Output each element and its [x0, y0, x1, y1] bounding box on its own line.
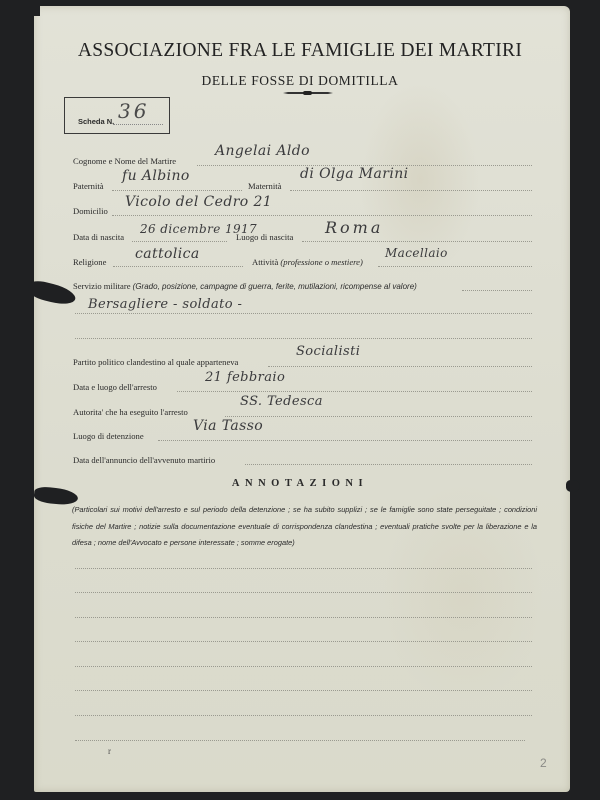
servizio-value: Bersagliere - soldato -	[88, 297, 242, 312]
maternita-rule	[290, 190, 532, 191]
autorita-rule	[225, 416, 532, 417]
arresto-value: 21 febbraio	[205, 370, 285, 385]
scheda-box	[64, 97, 170, 134]
domicilio-rule	[112, 215, 532, 216]
attivita-value: Macellaio	[385, 246, 448, 260]
paternita-value: fu Albino	[122, 168, 190, 184]
annuncio-label: Data dell'annuncio dell'avvenuto martiri…	[73, 455, 215, 465]
paternita-rule	[112, 190, 242, 191]
arresto-label: Data e luogo dell'arresto	[73, 382, 157, 392]
attivita-label-note: (professione o mestiere)	[280, 257, 362, 267]
annotazioni-rule-8	[75, 740, 525, 741]
nascita-luogo-rule	[302, 241, 532, 242]
annotazioni-rule-2	[75, 592, 532, 593]
arresto-rule	[177, 391, 532, 392]
page-number: 2	[540, 756, 547, 770]
attivita-rule	[378, 266, 532, 267]
maternita-label: Maternità	[248, 181, 281, 191]
servizio-rule-2	[75, 313, 532, 314]
torn-corner	[34, 6, 40, 16]
scheda-label: Scheda N.	[78, 117, 114, 126]
autorita-value: SS. Tedesca	[240, 394, 323, 409]
document-title: ASSOCIAZIONE FRA LE FAMIGLIE DEI MARTIRI	[0, 40, 600, 62]
scheda-rule	[113, 124, 163, 125]
servizio-rule-3	[75, 338, 532, 339]
maternita-value: di Olga Marini	[300, 166, 409, 182]
annotazioni-rule-1	[75, 568, 532, 569]
domicilio-value: Vicolo del Cedro 21	[125, 194, 272, 210]
partito-label: Partito politico clandestino al quale ap…	[73, 357, 238, 367]
annotazioni-rule-4	[75, 641, 532, 642]
autorita-label: Autorita' che ha eseguito l'arresto	[73, 407, 188, 417]
detenzione-label: Luogo di detenzione	[73, 431, 144, 441]
scheda-number: 36	[118, 99, 149, 123]
nascita-luogo-label: Luogo di nascita	[236, 232, 293, 242]
religione-value: cattolica	[135, 246, 200, 262]
annuncio-rule	[245, 464, 532, 465]
annotazioni-title: ANNOTAZIONI	[0, 478, 600, 489]
domicilio-label: Domicilio	[73, 206, 108, 216]
annotazioni-rule-3	[75, 617, 532, 618]
annotazioni-rule-7	[75, 715, 532, 716]
nascita-data-label: Data di nascita	[73, 232, 124, 242]
annotazioni-rule-6	[75, 690, 532, 691]
name-value: Angelai Aldo	[215, 143, 310, 159]
partito-rule	[268, 366, 532, 367]
title-ornament	[283, 92, 333, 94]
servizio-label-note: (Grado, posizione, campagne di guerra, f…	[133, 282, 417, 291]
annotazioni-rule-5	[75, 666, 532, 667]
paternita-label: Paternità	[73, 181, 104, 191]
attivita-label: Attività (professione o mestiere)	[252, 257, 363, 267]
name-label: Cognome e Nome del Martire	[73, 156, 176, 166]
religione-rule	[113, 266, 243, 267]
annotazioni-instructions: (Particolari sui motivi dell'arresto e s…	[72, 502, 537, 552]
partito-value: Socialisti	[296, 344, 360, 359]
servizio-label-text: Servizio militare	[73, 281, 131, 291]
document-subtitle: DELLE FOSSE DI DOMITILLA	[0, 73, 600, 89]
nascita-data-rule	[132, 241, 227, 242]
attivita-label-text: Attività	[252, 257, 278, 267]
religione-label: Religione	[73, 257, 106, 267]
servizio-label: Servizio militare (Grado, posizione, cam…	[73, 281, 417, 291]
detenzione-value: Via Tasso	[193, 418, 263, 434]
servizio-rule-1	[462, 290, 532, 291]
pencil-mark: r	[108, 746, 111, 756]
detenzione-rule	[158, 440, 532, 441]
nascita-luogo-value: Roma	[325, 218, 383, 237]
